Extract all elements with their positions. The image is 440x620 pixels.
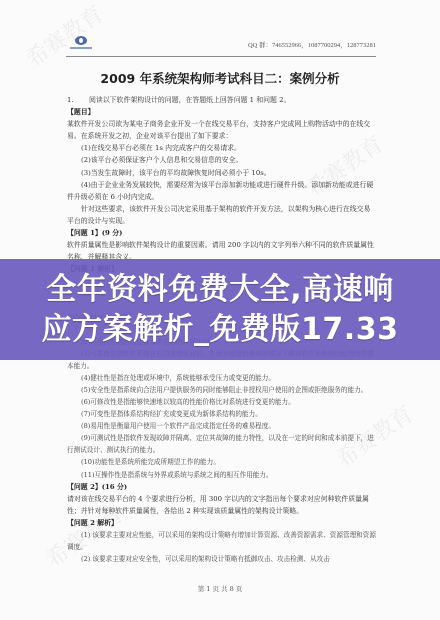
page-indicator: 第 1 页 共 8 页	[0, 584, 440, 593]
answer-item: (5)安全性是指系统向合法用户提供服务的同时能够阻止非授权用户使用的企图或拒绝服…	[67, 384, 377, 396]
answer-item: (2) 该要求主要对应安全性，可以采用的架构设计策略有抵御攻击、攻击检测、从攻击	[67, 553, 377, 565]
page-header: QQ 群：746552966，1087700294，128773281	[66, 34, 376, 57]
question1-header: 【问题 1】(9 分)	[67, 227, 377, 239]
answer-item: (11)互操作性是指系统与外界或系统与系统之间的相互作用能力。	[67, 469, 377, 481]
answer-item: (4)健壮性是指在处理或环境中，系统能够承受压力或变更的能力。	[67, 372, 377, 384]
topic-paragraph: 某软件开发公司欲为某电子商务企业开发一个在线交易平台，支持客户完成网上购物活动中…	[67, 118, 377, 142]
requirement-item: (3)当发生故障时，该平台的平均故障恢复时间必须小于 10s。	[67, 167, 377, 179]
document-title: 2009 年系统架构师考试科目二：案例分析	[0, 69, 440, 87]
answer-item: (8)易用性是衡量用户使用一个软件产品完成指定任务的难易程度。	[67, 420, 377, 432]
banner-line-1: 全年资料免费大全,高速响	[46, 270, 393, 310]
question2-analysis-header: 【问题 2 解析】	[67, 517, 377, 529]
logo-icon	[70, 36, 92, 52]
requirement-item: (2)该平台必须保证客户个人信息和交易信息的安全。	[67, 154, 377, 166]
answer-item: (9)可测试性是指软件发现故障并隔离、定位其故障的能力特性，以及在一定的时间和成…	[67, 432, 377, 456]
answer-item: (10)功能性是系统所能完成所期望工作的能力。	[67, 456, 377, 468]
answer-item: (7)可变性是指体系结构经扩充或变更成为新体系结构的能力。	[67, 408, 377, 420]
promo-banner: 全年资料免费大全,高速响 应方案解析_免费版17.33	[0, 259, 440, 360]
decision-paragraph: 针对这些要求，该软件开发公司决定采用基于架构的软件开发方法，以架构为核心进行在线…	[67, 203, 377, 227]
requirement-item: (4)由于企业业务发展较快，需要经常为该平台添加新功能或进行硬件升级。添加新功能…	[67, 179, 377, 203]
requirement-item: (1)在线交易平台必须在 1s 内完成客户的交易请求。	[67, 142, 377, 154]
answer-item: (1) 该要求主要对应性能，可以采用的架构设计策略有增加计算资源、改善资源需求、…	[67, 529, 377, 553]
banner-line-2: 应方案解析_免费版17.33	[42, 310, 399, 350]
section-topic: 【题目】	[67, 106, 377, 118]
qq-contact: QQ 群：746552966，1087700294，128773281	[248, 40, 376, 49]
answer-item: (6)可修改性是指能够快速地以较高的性能价格比对系统进行变更的能力。	[67, 396, 377, 408]
question2-header: 【问题 2】(16 分)	[67, 481, 377, 493]
intro-line: 1.阅读以下软件架构设计的问题，在答题纸上回答问题 1 和问题 2。	[67, 94, 377, 106]
banner-headline: 全年资料免费大全,高速响 应方案解析_免费版17.33	[0, 259, 440, 360]
question2-text: 请对该在线交易平台的 4 个要求进行分析，用 300 字以内的文字指出每个要求对…	[67, 493, 377, 517]
